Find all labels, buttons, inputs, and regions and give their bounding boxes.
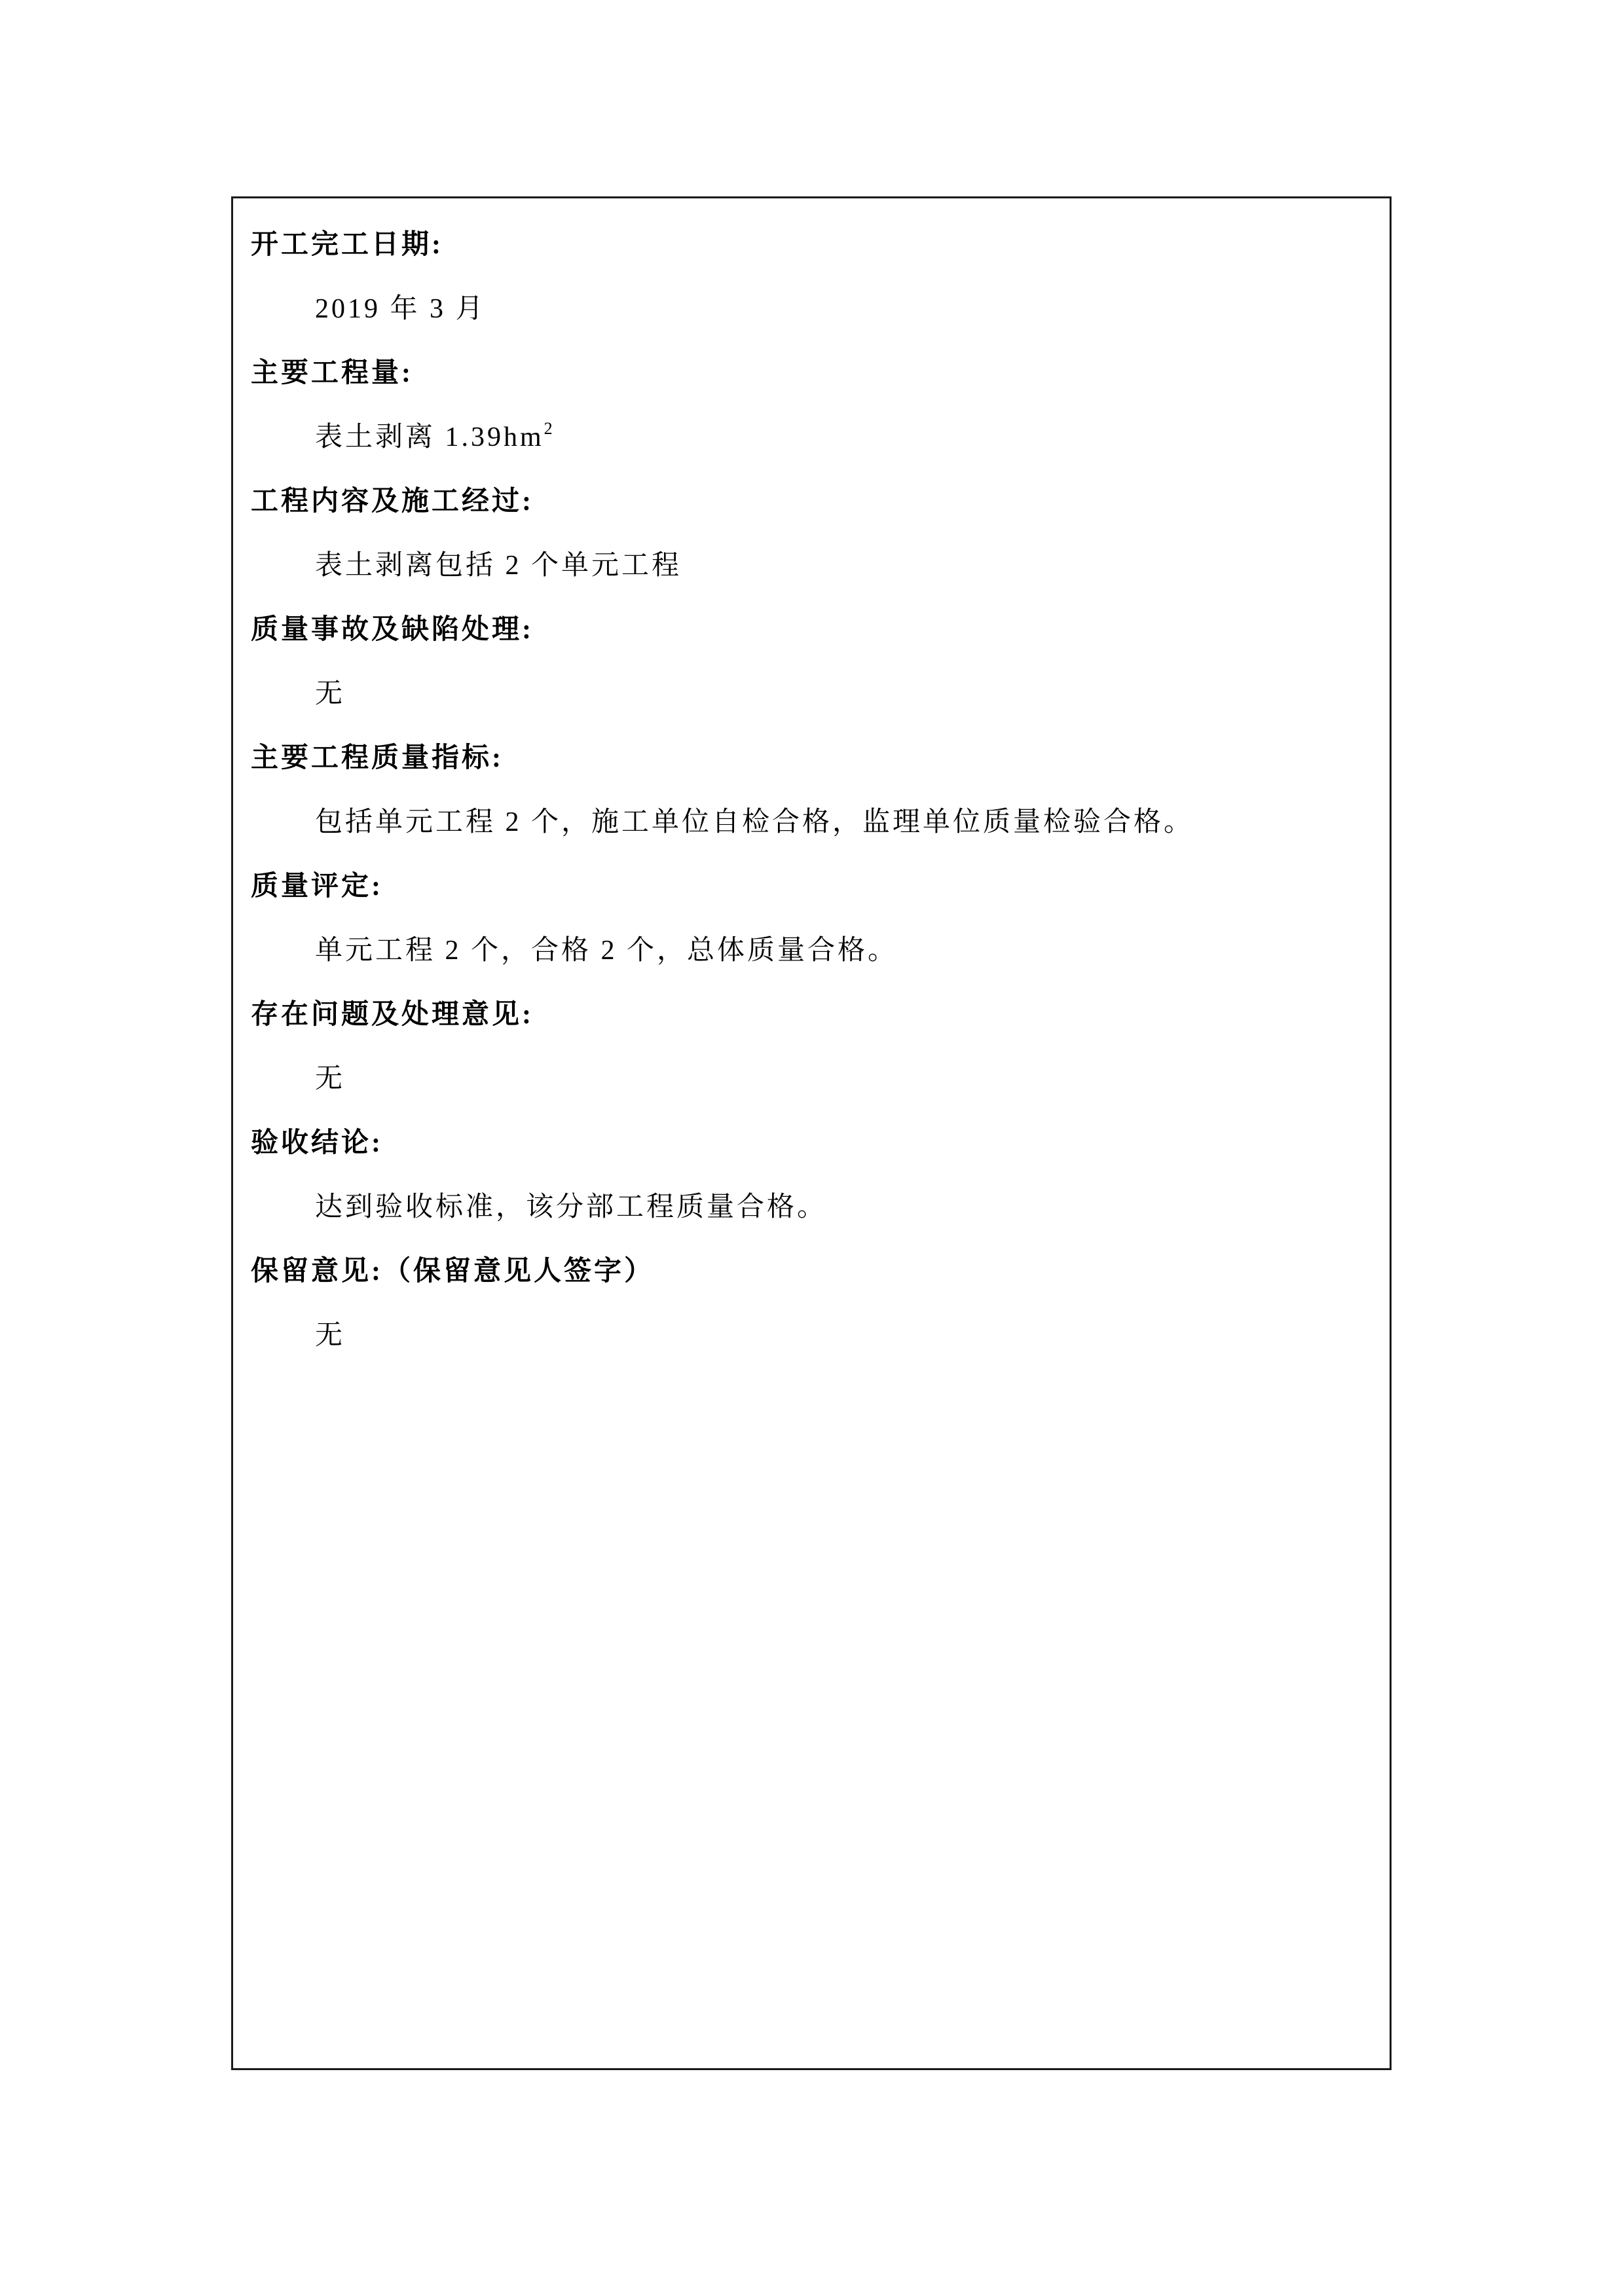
section-heading-content-process: 工程内容及施工经过: (251, 469, 1376, 534)
section-heading-dates: 开工完工日期: (251, 213, 1376, 277)
section-value-main-quantities: 表土剥离 1.39hm2 (251, 405, 1376, 469)
form-content: 开工完工日期: 2019 年 3 月 主要工程量: 表土剥离 1.39hm2 工… (251, 213, 1376, 1368)
section-heading-quality-indicators: 主要工程质量指标: (251, 726, 1376, 790)
section-heading-issues: 存在问题及处理意见: (251, 983, 1376, 1047)
section-heading-reservations: 保留意见:（保留意见人签字） (251, 1239, 1376, 1303)
section-value-issues: 无 (251, 1047, 1376, 1111)
section-value-content-process: 表土剥离包括 2 个单元工程 (251, 534, 1376, 598)
section-value-quality-rating: 单元工程 2 个，合格 2 个，总体质量合格。 (251, 919, 1376, 983)
section-heading-conclusion: 验收结论: (251, 1111, 1376, 1175)
section-heading-main-quantities: 主要工程量: (251, 341, 1376, 405)
section-value-quality-indicators: 包括单元工程 2 个，施工单位自检合格，监理单位质量检验合格。 (251, 790, 1376, 854)
section-heading-defects: 质量事故及缺陷处理: (251, 598, 1376, 662)
quantity-exponent: 2 (544, 419, 553, 438)
section-value-dates: 2019 年 3 月 (251, 277, 1376, 341)
quantity-text: 表土剥离 1.39hm (315, 422, 544, 452)
acceptance-form-box: 开工完工日期: 2019 年 3 月 主要工程量: 表土剥离 1.39hm2 工… (231, 196, 1392, 2070)
section-value-defects: 无 (251, 662, 1376, 726)
section-value-reservations: 无 (251, 1303, 1376, 1368)
section-heading-quality-rating: 质量评定: (251, 854, 1376, 919)
section-value-conclusion: 达到验收标准，该分部工程质量合格。 (251, 1175, 1376, 1239)
